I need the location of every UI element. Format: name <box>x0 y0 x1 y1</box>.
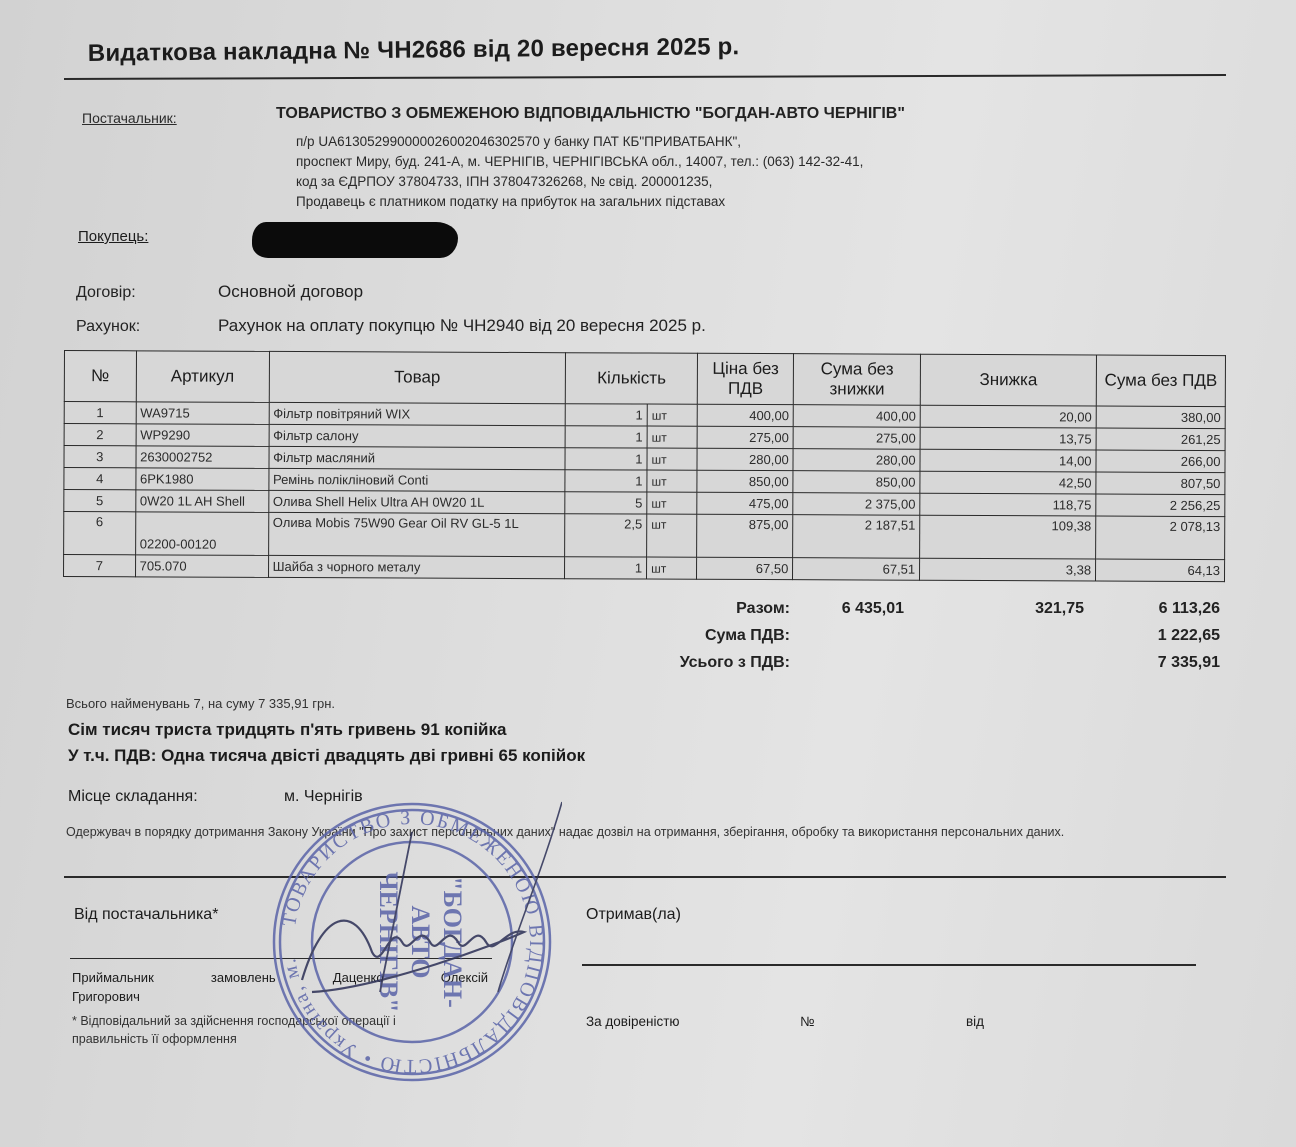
supplier-address: проспект Миру, буд. 241-А, м. ЧЕРНІГІВ, … <box>296 152 863 172</box>
subtotal-no-discount: 6 435,01 <box>780 600 904 618</box>
cell-qty: 5 <box>565 492 647 514</box>
cell-product: Фільтр повітряний WIX <box>269 402 566 425</box>
cell-sum-no-vat: 2 078,13 <box>1096 516 1225 560</box>
cell-product: Фільтр масляний <box>269 446 566 469</box>
items-table: № Артикул Товар Кількість Ціна без ПДВ С… <box>63 350 1226 582</box>
cell-sum-no-discount: 2 187,51 <box>793 515 920 559</box>
cell-discount: 109,38 <box>920 515 1096 559</box>
cell-sku: WA9715 <box>136 402 269 425</box>
cell-no: 6 <box>64 512 136 555</box>
total-value: 7 335,91 <box>1090 654 1220 672</box>
vat-label: Сума ПДВ: <box>530 627 790 645</box>
invoice-value: Рахунок на оплату покупцю № ЧН2940 від 2… <box>218 316 706 336</box>
supplier-tax-status: Продавець є платником податку на прибуто… <box>296 192 863 212</box>
header-price: Ціна без ПДВ <box>697 353 793 404</box>
cell-unit: шт <box>647 557 697 579</box>
proxy-label: За довіреністю <box>586 1014 680 1029</box>
cell-no: 4 <box>64 468 136 490</box>
supplier-signature-line <box>70 958 492 959</box>
cell-sum-no-discount: 400,00 <box>793 405 920 428</box>
signature-section-divider <box>64 876 1226 878</box>
totals-block: Разом: 6 435,01 321,75 6 113,26 Сума ПДВ… <box>0 600 1296 680</box>
cell-product: Ремінь полікліновий Conti <box>268 468 565 491</box>
cell-no: 3 <box>64 446 136 468</box>
cell-no: 2 <box>64 424 136 446</box>
subtotal-label: Разом: <box>530 600 790 618</box>
acceptor-patronymic: Григорович <box>72 987 492 1006</box>
cell-qty: 1 <box>565 470 647 492</box>
buyer-label: Покупець: <box>78 228 148 245</box>
acceptor-name: Приймальник замовлень Даценко Олексій Гр… <box>72 968 492 1006</box>
cell-sum-no-discount: 280,00 <box>793 449 920 472</box>
total-label: Усього з ПДВ: <box>530 654 790 672</box>
table-header-row: № Артикул Товар Кількість Ціна без ПДВ С… <box>64 351 1225 407</box>
header-product: Товар <box>269 351 566 403</box>
cell-discount: 118,75 <box>920 493 1096 516</box>
cell-discount: 3,38 <box>920 558 1096 581</box>
supplier-label: Постачальник: <box>82 110 177 126</box>
cell-unit: шт <box>647 492 697 514</box>
buyer-redaction <box>252 222 458 258</box>
cell-product: Олива Shell Helix Ultra AH 0W20 1L <box>268 490 565 513</box>
cell-sum-no-discount: 850,00 <box>793 471 920 494</box>
invoice-label: Рахунок: <box>76 318 140 336</box>
cell-qty: 1 <box>565 557 647 579</box>
cell-price: 400,00 <box>697 404 793 426</box>
contract-label: Договір: <box>76 284 136 302</box>
from-supplier-label: Від постачальника* <box>74 906 218 924</box>
received-label: Отримав(ла) <box>586 906 681 924</box>
responsibility-note: * Відповідальний за здійснення господарс… <box>72 1012 432 1048</box>
title-underline <box>64 74 1226 80</box>
subtotal-no-vat: 6 113,26 <box>1090 600 1220 618</box>
table-row: 7705.070Шайба з чорного металу1шт67,5067… <box>64 555 1225 582</box>
supplier-bank-account: п/р UA613052990000026002046302570 у банк… <box>296 132 863 152</box>
data-consent-text: Одержувач в порядку дотримання Закону Ук… <box>66 823 1186 841</box>
cell-no: 7 <box>64 555 136 577</box>
items-body: 1WA9715Фільтр повітряний WIX1шт400,00400… <box>64 402 1226 582</box>
cell-no: 1 <box>64 402 136 424</box>
contract-value: Основной договор <box>218 282 363 302</box>
cell-sum-no-discount: 67,51 <box>793 558 920 581</box>
cell-qty: 2,5 <box>565 514 647 557</box>
cell-qty: 1 <box>565 426 647 448</box>
cell-product: Фільтр салону <box>269 424 566 447</box>
cell-product: Олива Mobis 75W90 Gear Oil RV GL-5 1L <box>268 512 565 556</box>
cell-price: 850,00 <box>697 470 793 492</box>
header-discount: Знижка <box>920 354 1096 406</box>
supplier-codes: код за ЄДРПОУ 37804733, ІПН 378047326268… <box>296 172 863 192</box>
cell-unit: шт <box>647 448 697 470</box>
cell-price: 280,00 <box>697 448 793 470</box>
cell-discount: 42,50 <box>920 471 1096 494</box>
place-label: Місце складання: <box>68 788 198 806</box>
items-count-line: Всього найменувань 7, на суму 7 335,91 г… <box>66 696 335 711</box>
header-qty: Кількість <box>565 353 697 405</box>
document-title: Видаткова накладна № ЧН2686 від 20 верес… <box>88 33 740 68</box>
cell-price: 67,50 <box>697 557 793 579</box>
header-no: № <box>64 351 136 402</box>
cell-sum-no-vat: 807,50 <box>1096 472 1225 495</box>
cell-unit: шт <box>647 470 697 492</box>
cell-sum-no-vat: 266,00 <box>1096 450 1225 473</box>
cell-qty: 1 <box>565 448 647 470</box>
proxy-date-label: від <box>966 1014 984 1029</box>
vat-value: 1 222,65 <box>1090 627 1220 645</box>
cell-sku: 705.070 <box>135 555 268 578</box>
acceptor-word-2: замовлень <box>211 968 276 987</box>
document-page: Видаткова накладна № ЧН2686 від 20 верес… <box>0 0 1296 1147</box>
supplier-details: п/р UA613052990000026002046302570 у банк… <box>296 132 863 212</box>
cell-sum-no-vat: 64,13 <box>1096 559 1225 582</box>
cell-sum-no-vat: 380,00 <box>1096 406 1225 429</box>
proxy-number-label: № <box>800 1014 814 1029</box>
cell-sum-no-vat: 2 256,25 <box>1096 494 1225 517</box>
header-sum-no-vat: Сума без ПДВ <box>1096 355 1225 407</box>
vat-in-words: У т.ч. ПДВ: Одна тисяча двісті двадцять … <box>68 746 585 766</box>
cell-no: 5 <box>64 490 136 512</box>
cell-sku: 6PK1980 <box>135 468 268 491</box>
cell-price: 875,00 <box>697 514 793 557</box>
receiver-signature-line <box>582 964 1196 966</box>
acceptor-word-4: Олексій <box>441 968 488 987</box>
place-value: м. Чернігів <box>284 788 363 806</box>
header-sku: Артикул <box>136 351 269 403</box>
cell-sum-no-vat: 261,25 <box>1096 428 1225 451</box>
cell-unit: шт <box>647 426 697 448</box>
cell-sku: 02200-00120 <box>135 512 268 556</box>
cell-discount: 14,00 <box>920 449 1096 472</box>
cell-unit: шт <box>647 404 697 426</box>
cell-sum-no-discount: 2 375,00 <box>793 493 920 516</box>
cell-price: 475,00 <box>697 492 793 514</box>
cell-sku: 2630002752 <box>136 446 269 469</box>
cell-discount: 13,75 <box>920 427 1096 450</box>
acceptor-word-3: Даценко <box>333 968 384 987</box>
cell-unit: шт <box>647 514 697 557</box>
cell-discount: 20,00 <box>920 405 1096 428</box>
cell-sku: WP9290 <box>136 424 269 447</box>
cell-price: 275,00 <box>697 426 793 448</box>
table-row: 602200-00120Олива Mobis 75W90 Gear Oil R… <box>64 512 1225 560</box>
subtotal-discount: 321,75 <box>930 600 1084 618</box>
cell-sku: 0W20 1L AH Shell <box>135 490 268 513</box>
acceptor-word-1: Приймальник <box>72 968 154 987</box>
cell-qty: 1 <box>565 404 647 426</box>
amount-in-words: Сім тисяч триста тридцять п'ять гривень … <box>68 720 506 740</box>
cell-product: Шайба з чорного металу <box>268 555 565 578</box>
cell-sum-no-discount: 275,00 <box>793 427 920 450</box>
header-sum-no-discount: Сума без знижки <box>794 354 921 406</box>
supplier-name: ТОВАРИСТВО З ОБМЕЖЕНОЮ ВІДПОВІДАЛЬНІСТЮ … <box>276 105 905 123</box>
